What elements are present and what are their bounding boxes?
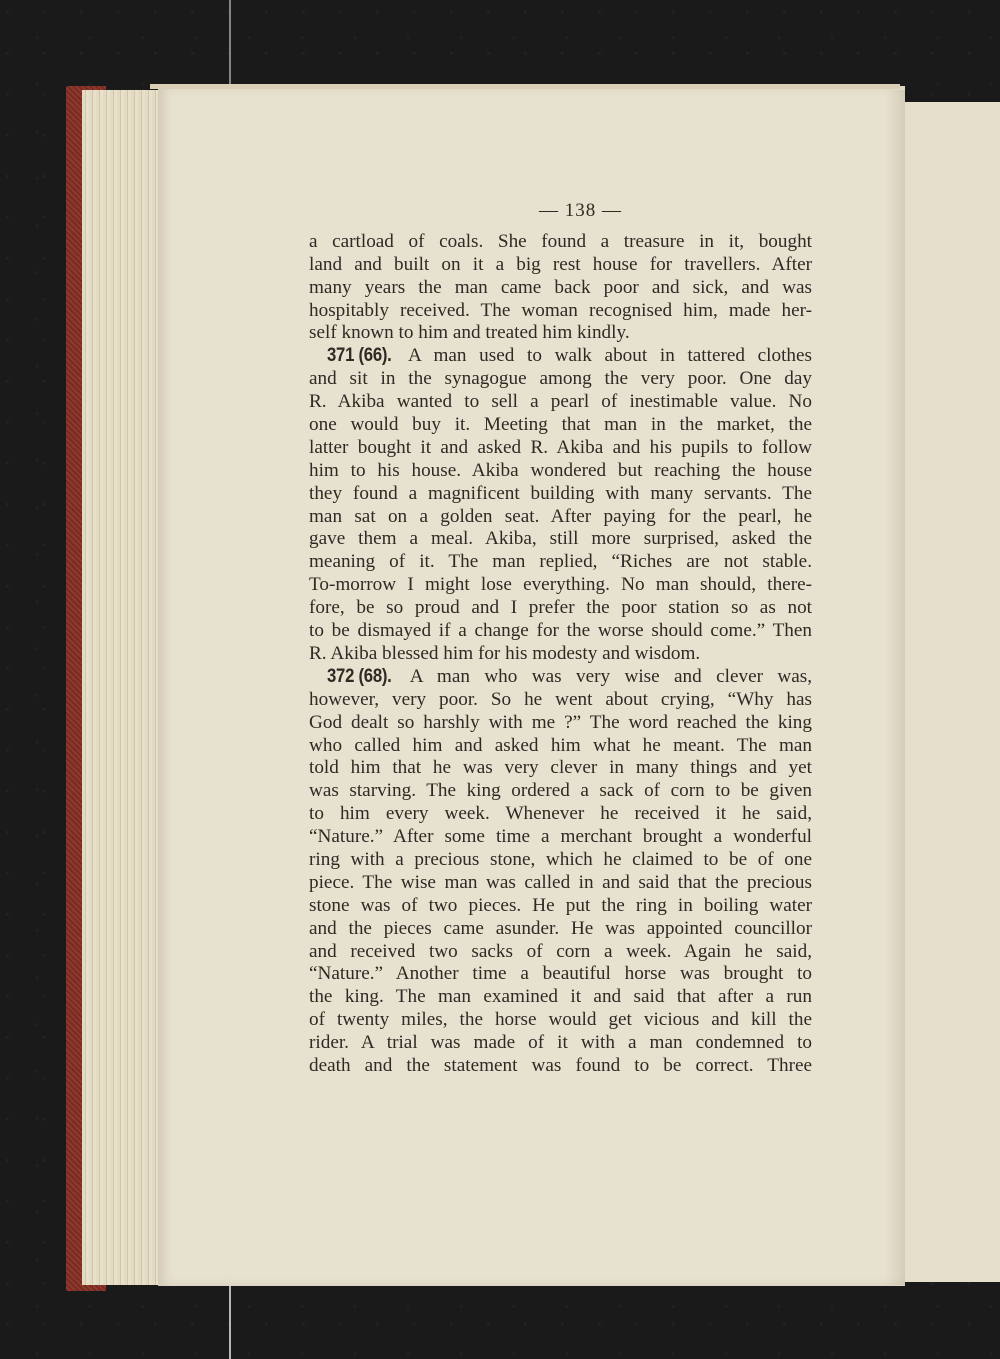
- text-line: “Nature.” After some time a merchant bro…: [309, 826, 812, 849]
- paragraph-371: 371 (66). A man used to walk about in ta…: [309, 345, 812, 665]
- text-line: land and built on it a big rest house fo…: [309, 254, 812, 277]
- scan-guide-line-bottom: [229, 1275, 231, 1359]
- text-line: and the pieces came asunder. He was appo…: [309, 918, 812, 941]
- text-line: stone was of two pieces. He put the ring…: [309, 895, 812, 918]
- text-line-content: A man used to walk about in tattered clo…: [408, 345, 812, 366]
- text-line: one would buy it. Meeting that man in th…: [309, 414, 812, 437]
- text-line: who called him and asked him what he mea…: [309, 735, 812, 758]
- text-line-first: 371 (66). A man used to walk about in ta…: [309, 345, 812, 368]
- text-line: death and the statement was found to be …: [309, 1055, 812, 1078]
- text-line: God dealt so harshly with me ?” The word…: [309, 712, 812, 735]
- text-line: and received two sacks of corn a week. A…: [309, 941, 812, 964]
- page-number: — 138 —: [309, 200, 812, 223]
- text-line-content: A man who was very wise and clever was,: [410, 666, 812, 687]
- text-line: gave them a meal. Akiba, still more surp…: [309, 528, 812, 551]
- paragraph-number: 371 (66).: [327, 345, 392, 368]
- facing-page: [903, 102, 1000, 1282]
- text-line: to him every week. Whenever he received …: [309, 803, 812, 826]
- text-line: self known to him and treated him kindly…: [309, 322, 812, 345]
- text-line: they found a magnificent building with m…: [309, 483, 812, 506]
- text-line: rider. A trial was made of it with a man…: [309, 1032, 812, 1055]
- text-line: ring with a precious stone, which he cla…: [309, 849, 812, 872]
- paragraph-372: 372 (68). A man who was very wise and cl…: [309, 666, 812, 1078]
- page-stack-edges: [82, 90, 163, 1285]
- text-line: To-morrow I might lose everything. No ma…: [309, 574, 812, 597]
- text-line: latter bought it and asked R. Akiba and …: [309, 437, 812, 460]
- text-line: told him that he was very clever in many…: [309, 757, 812, 780]
- text-line: fore, be so proud and I prefer the poor …: [309, 597, 812, 620]
- text-line: meaning of it. The man replied, “Riches …: [309, 551, 812, 574]
- text-line: hospitably received. The woman recognise…: [309, 300, 812, 323]
- text-line: man sat on a golden seat. After paying f…: [309, 506, 812, 529]
- page-text: — 138 — a cartload of coals. She found a…: [309, 200, 812, 1078]
- gutter-shadow: [885, 90, 905, 1285]
- text-line: however, very poor. So he went about cry…: [309, 689, 812, 712]
- text-line: of twenty miles, the horse would get vic…: [309, 1009, 812, 1032]
- text-line: “Nature.” Another time a beautiful horse…: [309, 963, 812, 986]
- text-line: him to his house. Akiba wondered but rea…: [309, 460, 812, 483]
- text-line: R. Akiba wanted to sell a pearl of inest…: [309, 391, 812, 414]
- text-line: piece. The wise man was called in and sa…: [309, 872, 812, 895]
- text-line-first: 372 (68). A man who was very wise and cl…: [309, 666, 812, 689]
- paragraph-continuation: a cartload of coals. She found a treasur…: [309, 231, 812, 345]
- page-top-edge: [150, 84, 900, 89]
- text-line: was starving. The king ordered a sack of…: [309, 780, 812, 803]
- text-line: many years the man came back poor and si…: [309, 277, 812, 300]
- paragraph-number: 372 (68).: [327, 666, 392, 689]
- text-line: and sit in the synagogue among the very …: [309, 368, 812, 391]
- text-line: to be dismayed if a change for the worse…: [309, 620, 812, 643]
- text-line: the king. The man examined it and said t…: [309, 986, 812, 1009]
- text-line: R. Akiba blessed him for his modesty and…: [309, 643, 812, 666]
- text-line: a cartload of coals. She found a treasur…: [309, 231, 812, 254]
